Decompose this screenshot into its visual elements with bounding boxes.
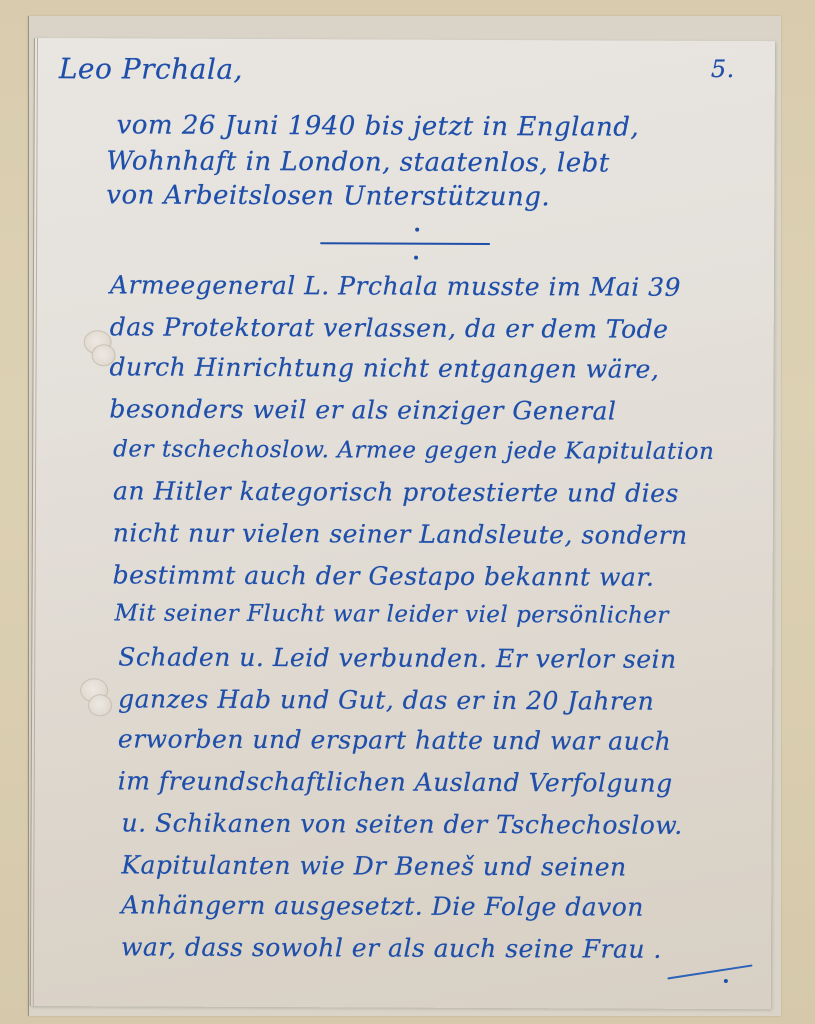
punch-hole-bottom-secondary xyxy=(88,694,112,716)
body-line-8: bestimmt auch der Gestapo bekannt war. xyxy=(113,560,655,591)
body-line-14: u. Schikanen von seiten der Tschechoslow… xyxy=(122,808,683,839)
page-number: 5. xyxy=(711,55,735,83)
body-line-9: Mit seiner Flucht war leider viel persön… xyxy=(114,600,669,628)
page-edge-line xyxy=(33,38,38,1006)
body-line-12: erworben und erspart hatte und war auch xyxy=(118,724,671,755)
closing-stroke xyxy=(667,964,752,979)
letter-page: Leo Prchala, 5. vom 26 Juni 1940 bis jet… xyxy=(30,38,775,1009)
body-line-4: besonders weil er als einziger General xyxy=(109,394,616,425)
closing-dot xyxy=(724,979,728,983)
body-line-5: der tschechoslow. Armee gegen jede Kapit… xyxy=(113,436,714,465)
separator-line xyxy=(320,242,490,245)
body-line-6: an Hitler kategorisch protestierte und d… xyxy=(113,476,679,507)
body-line-2: das Protektorat verlassen, da er dem Tod… xyxy=(110,312,669,343)
intro-line-3: von Arbeitslosen Unterstützung. xyxy=(106,180,550,212)
separator-dot-top xyxy=(415,228,419,232)
addressee-name: Leo Prchala, xyxy=(59,52,243,86)
body-line-11: ganzes Hab und Gut, das er in 20 Jahren xyxy=(118,684,654,715)
body-line-16: Anhängern ausgesetzt. Die Folge davon xyxy=(121,890,644,921)
separator-dot-bottom xyxy=(414,256,418,260)
body-line-3: durch Hinrichtung nicht entgangen wäre, xyxy=(110,352,660,383)
body-line-10: Schaden u. Leid verbunden. Er verlor sei… xyxy=(118,642,676,673)
body-line-1: Armeegeneral L. Prchala musste im Mai 39 xyxy=(110,270,681,301)
body-line-7: nicht nur vielen seiner Landsleute, sond… xyxy=(113,518,688,550)
intro-line-1: vom 26 Juni 1940 bis jetzt in England, xyxy=(117,110,640,142)
body-line-15: Kapitulanten wie Dr Beneš und seinen xyxy=(121,850,626,881)
body-line-17: war, dass sowohl er als auch seine Frau … xyxy=(121,932,662,963)
body-line-13: im freundschaftlichen Ausland Verfolgung xyxy=(118,766,673,797)
intro-line-2: Wohnhaft in London, staatenlos, lebt xyxy=(106,146,609,178)
